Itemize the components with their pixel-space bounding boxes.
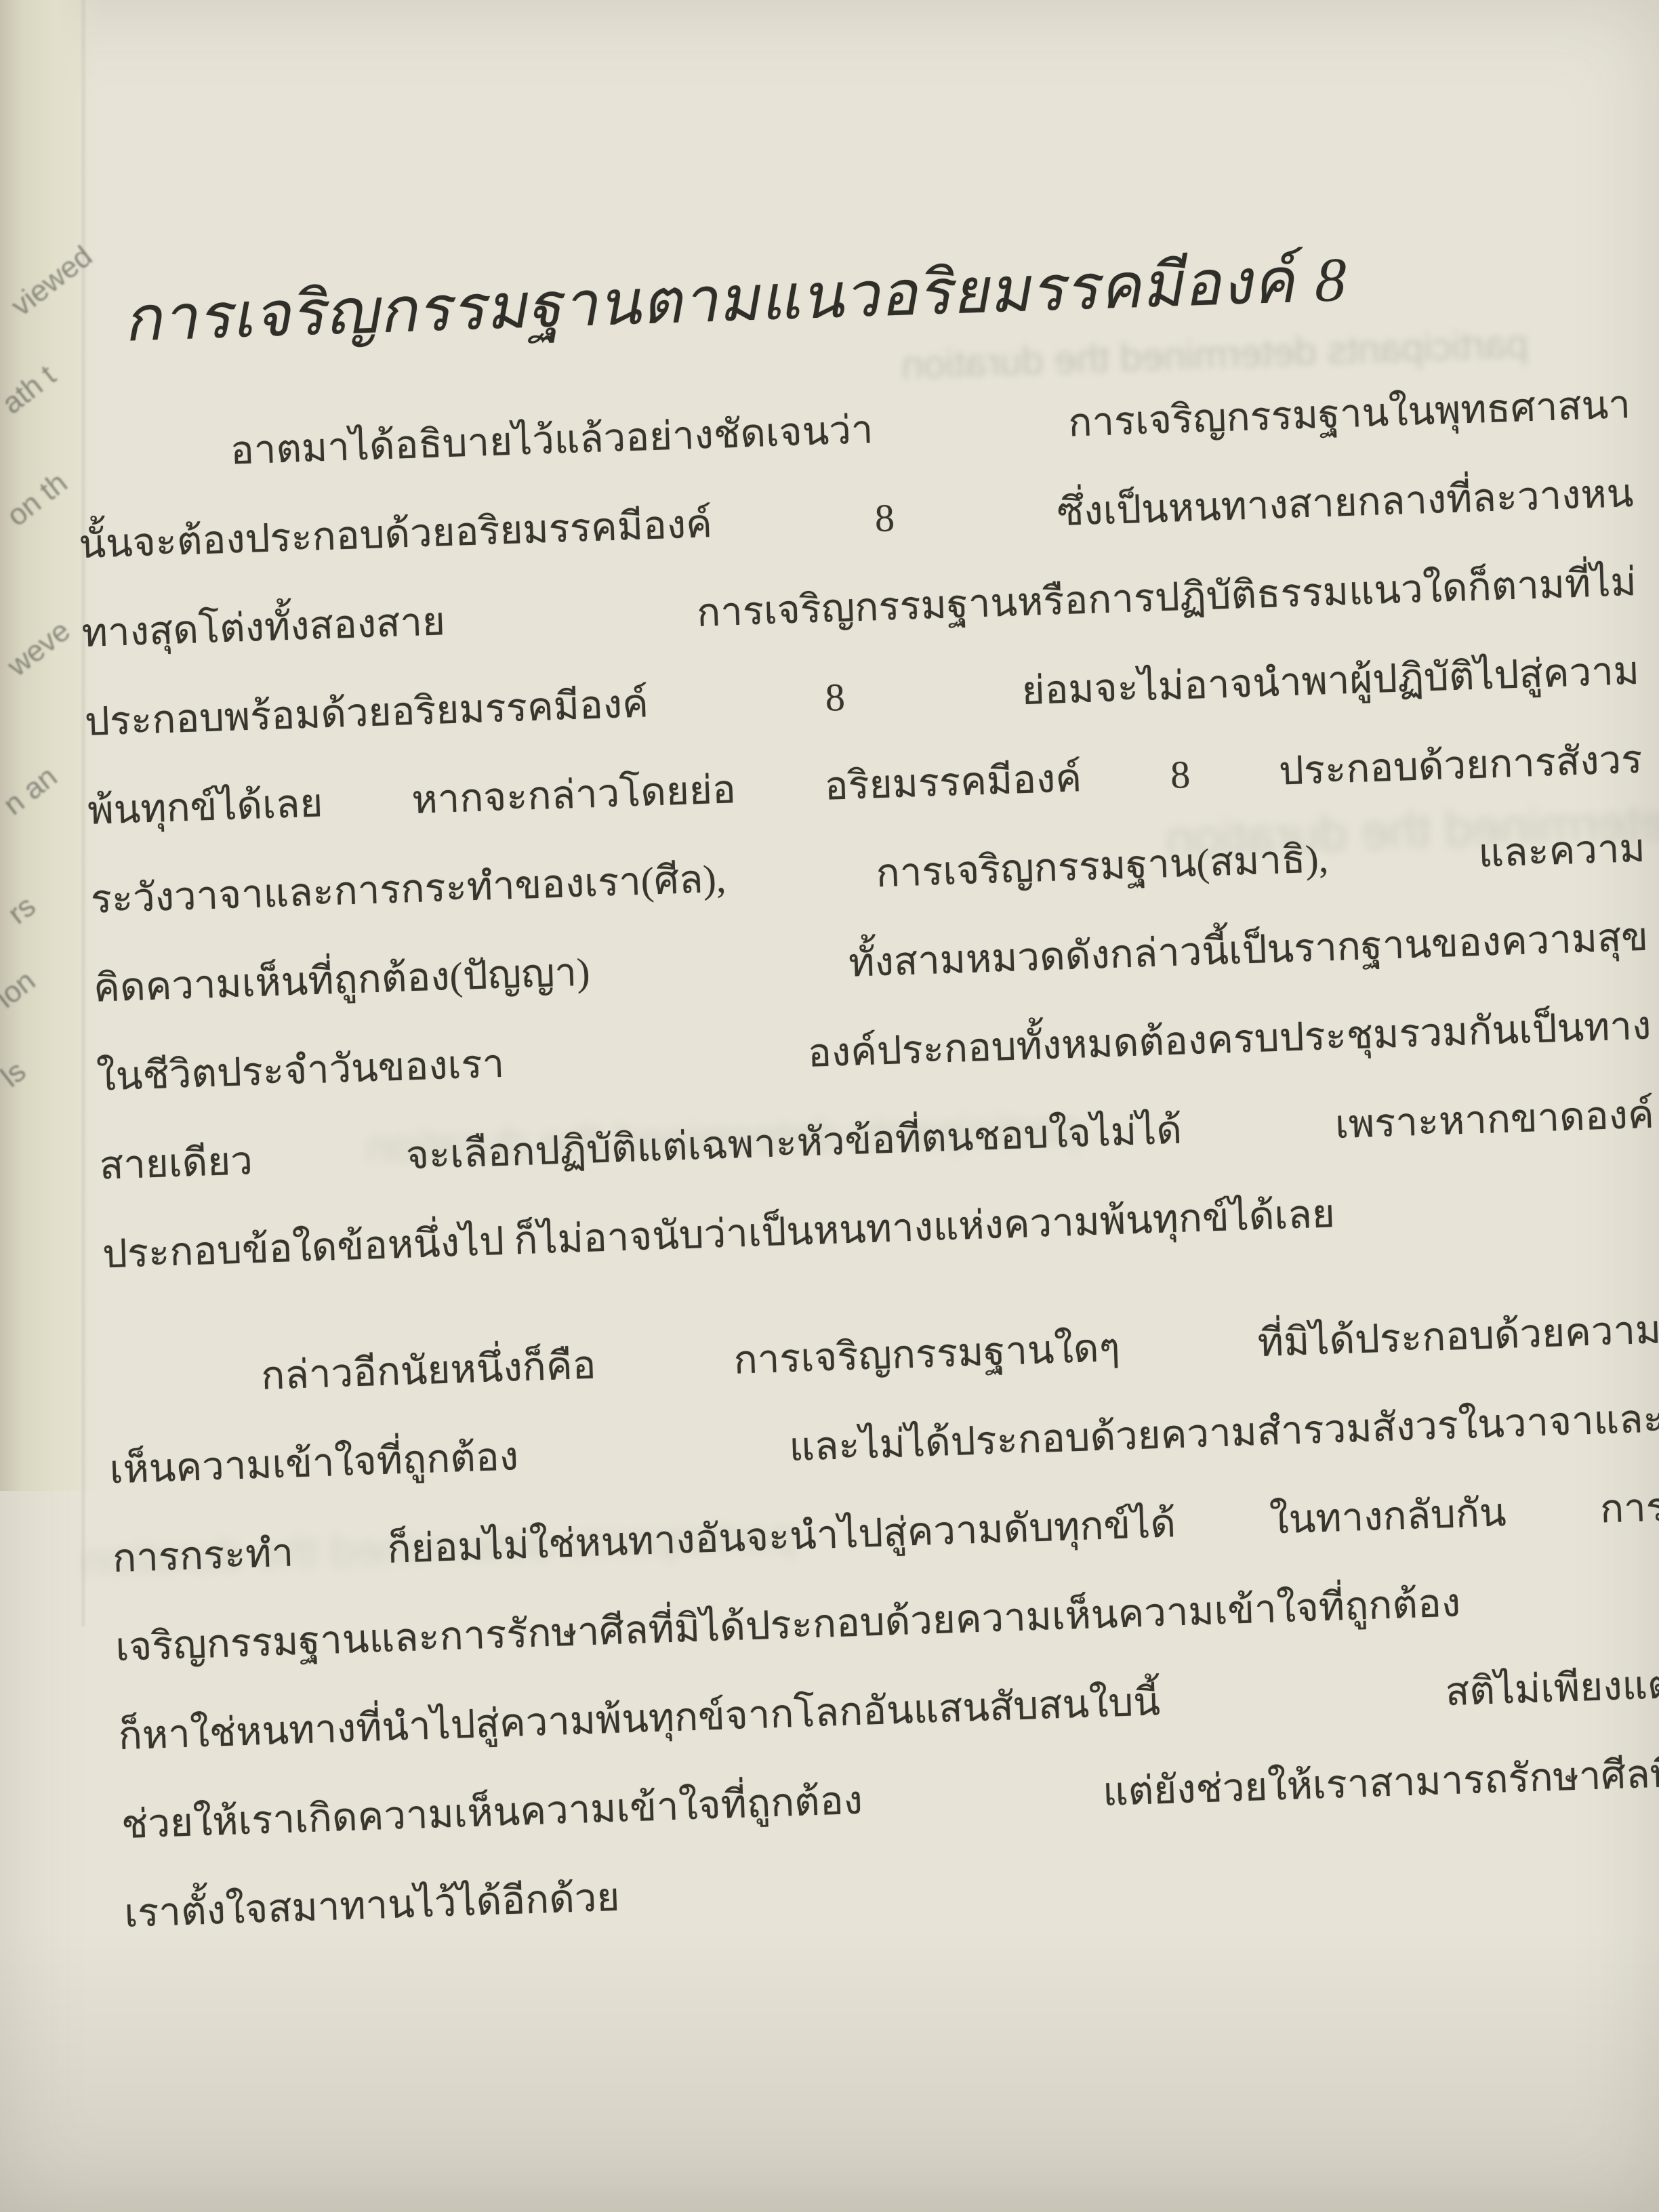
book-page-photo: viewed ath t on th weve n an rs ion ls p… bbox=[0, 0, 1659, 2212]
paragraph: อาตมาได้อธิบายไว้แล้วอย่างชัดเจนว่า การเ… bbox=[75, 360, 1658, 1298]
paragraph: กล่าวอีกนัยหนึ่งก็คือ การเจริญกรรมฐานใดๆ… bbox=[105, 1285, 1659, 1958]
photo-bottom-shadow bbox=[0, 1927, 1659, 2212]
printed-text-block: การเจริญกรรมฐานตามแนวอริยมรรคมีองค์ 8 อา… bbox=[70, 219, 1659, 1958]
chapter-title: การเจริญกรรมฐานตามแนวอริยมรรคมีองค์ 8 bbox=[119, 219, 1635, 371]
